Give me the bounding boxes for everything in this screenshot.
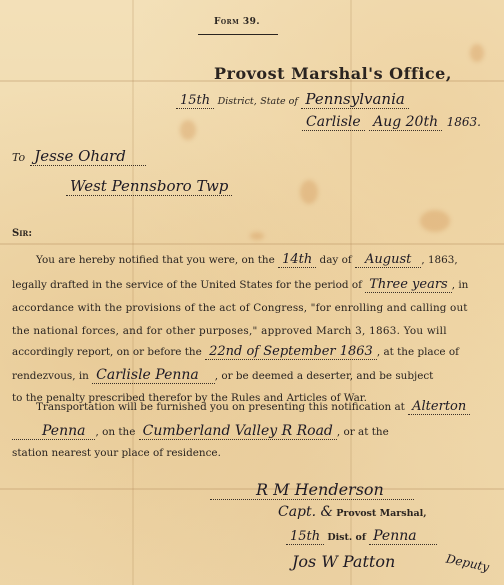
text: , or at the: [337, 426, 389, 438]
deputy-signature: Jos W Patton: [292, 552, 395, 571]
paragraph1-line1: You are hereby notified that you were, o…: [36, 253, 458, 267]
paper-fold: [0, 243, 504, 245]
stain: [180, 120, 196, 140]
state-label: State of: [260, 96, 298, 107]
title-handwritten: Capt. &: [278, 504, 333, 520]
dist-state: Penna: [369, 528, 436, 545]
paragraph1-line5: accordingly report, on or before the 22n…: [12, 345, 459, 359]
paragraph2-line1: Transportation will be furnished you on …: [36, 400, 470, 414]
addressee-township: West Pennsboro Twp: [66, 177, 232, 196]
text: , in: [452, 279, 469, 291]
text: You are hereby notified that you were, o…: [36, 254, 275, 266]
addressee-name: Jesse Ohard: [30, 147, 146, 166]
text: , 1863,: [421, 254, 457, 266]
draft-day-value: 14th: [278, 252, 316, 268]
deputy-label-line: Deputy: [445, 548, 492, 576]
paper-fold: [132, 0, 134, 585]
text: day of: [320, 254, 352, 266]
form-rule: [198, 34, 278, 35]
paragraph1-line4: the national forces, and for other purpo…: [12, 324, 447, 338]
stain: [300, 180, 318, 204]
rendezvous-value: Carlisle Penna: [92, 367, 215, 384]
text: , on the: [95, 426, 135, 438]
paragraph1-line6: rendezvous, in Carlisle Penna, or be dee…: [12, 368, 433, 383]
text: , or be deemed a deserter, and be subjec…: [215, 370, 434, 382]
text: , at the place of: [377, 346, 459, 358]
stain: [420, 210, 450, 232]
station-value-b: Penna: [12, 423, 95, 440]
place-value: Carlisle: [302, 114, 365, 131]
district-number: 15th: [176, 93, 214, 109]
sig-district-number: 15th: [286, 529, 324, 545]
state-value: Pennsylvania: [301, 90, 408, 109]
stain: [250, 232, 264, 240]
dist-line: 15th Dist. of Penna: [286, 528, 437, 544]
paragraph2-line2: Penna, on the Cumberland Valley R Road, …: [12, 424, 389, 439]
draft-notice-document: Form 39. Provost Marshal's Office, 15th …: [0, 0, 504, 585]
text: accordingly report, on or before the: [12, 346, 202, 358]
title-printed: Provost Marshal,: [336, 508, 426, 519]
to-label: To: [12, 151, 25, 164]
text: legally drafted in the service of the Un…: [12, 279, 362, 291]
railroad-value: Cumberland Valley R Road: [139, 423, 337, 440]
addressee: To Jesse Ohard: [12, 146, 146, 165]
form-number: Form 39.: [214, 17, 260, 27]
station-value-a: Alterton: [408, 399, 470, 415]
deputy-label: Deputy: [445, 552, 491, 575]
stain: [470, 44, 484, 62]
place-date: Carlisle Aug 20th 1863.: [302, 114, 481, 130]
report-date-value: 22nd of September 1863: [205, 344, 377, 360]
year-value: 1863.: [447, 115, 481, 129]
dist-label: Dist. of: [327, 532, 366, 543]
paragraph1-line3: accordance with the provisions of the ac…: [12, 301, 468, 315]
marshal-signature: R M Henderson: [210, 480, 414, 500]
paragraph2-line3: station nearest your place of residence.: [12, 446, 221, 460]
salutation: Sir:: [12, 228, 32, 239]
district-line: 15th District, State of Pennsylvania: [176, 90, 409, 108]
signature-line: R M Henderson: [210, 480, 414, 499]
title-line: Capt. & Provost Marshal,: [278, 504, 427, 520]
deputy-line: Jos W Patton: [292, 552, 395, 571]
text: rendezvous, in: [12, 370, 89, 382]
paragraph1-line2: legally drafted in the service of the Un…: [12, 278, 468, 292]
district-label: District,: [218, 96, 257, 107]
service-period-value: Three years: [365, 277, 451, 293]
office-heading: Provost Marshal's Office,: [214, 64, 452, 83]
addressee-township-line: West Pennsboro Twp: [66, 176, 232, 195]
draft-month-value: August: [355, 252, 421, 268]
text: Transportation will be furnished you on …: [36, 401, 405, 413]
date-value: Aug 20th: [369, 114, 442, 131]
